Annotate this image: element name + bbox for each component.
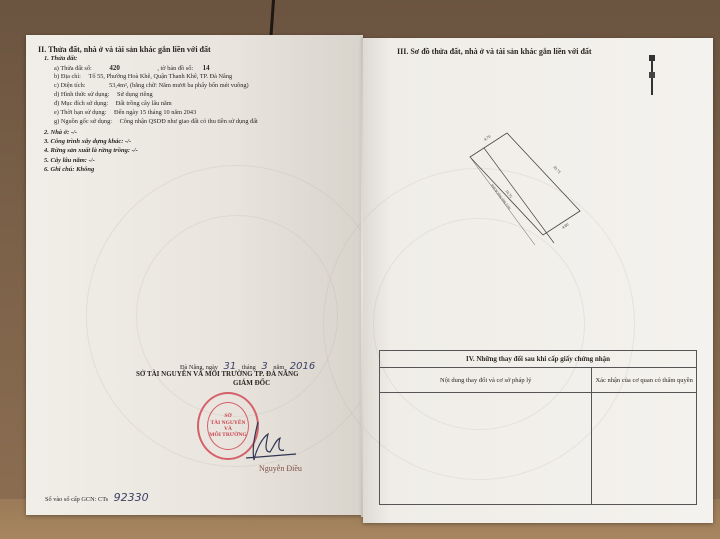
changes-table: IV. Những thay đổi sau khi cấp giấy chứn…: [379, 350, 697, 505]
section-ii-title: II. Thửa đất, nhà ở và tài sản khác gắn …: [38, 45, 211, 54]
land-plot-diagram: 4.70 10.75 4.80 10.75 Kiệt bê tông rộng …: [455, 115, 585, 245]
parcel-number: 420: [109, 64, 120, 72]
usage-form-label: d) Hình thức sử dụng:: [54, 91, 109, 98]
signature-mark: [240, 420, 300, 465]
parcel-row: a) Thửa đất số: 420 , tờ bản đồ số: 14: [54, 64, 210, 72]
changes-title: IV. Những thay đổi sau khi cấp giấy chứn…: [380, 351, 697, 368]
plot-boundary: [470, 133, 580, 235]
issuer-position: GIÁM ĐỐC: [233, 379, 270, 387]
area-label: c) Diện tích:: [54, 82, 85, 89]
registry-line: Số vào sổ cấp GCN: CTs 92330: [45, 491, 149, 504]
map-sheet-label: , tờ bản đồ số:: [157, 65, 193, 72]
registry-label: Số vào sổ cấp GCN: CTs: [45, 496, 108, 503]
issuer-name: SỞ TÀI NGUYÊN VÀ MÔI TRƯỜNG TP. ĐÀ NẴNG: [136, 370, 299, 378]
term-label: e) Thời hạn sử dụng:: [54, 109, 106, 116]
land-heading: 1. Thửa đất:: [44, 55, 77, 62]
registry-number: 92330: [114, 491, 149, 504]
other-construction-item: 3. Công trình xây dựng khác: -/-: [44, 138, 131, 145]
usage-form-value: Sử dụng riêng: [117, 91, 153, 98]
term-value: Đến ngày 15 tháng 10 năm 2043: [114, 109, 196, 116]
term-row: e) Thời hạn sử dụng: Đến ngày 15 tháng 1…: [54, 109, 196, 116]
certificate-left-page: [26, 35, 363, 515]
address-label: b) Địa chỉ:: [54, 73, 81, 80]
dim-right: 10.75: [552, 164, 562, 174]
road-edge: [484, 148, 554, 243]
purpose-value: Đất trồng cây lâu năm: [116, 100, 172, 107]
purpose-row: đ) Mục đích sử dụng: Đất trồng cây lâu n…: [54, 100, 172, 107]
production-forest-item: 4. Rừng sản xuất là rừng trồng: -/-: [44, 147, 138, 154]
north-arrow-icon: [651, 55, 653, 95]
changes-col-content: Nội dung thay đổi và cơ sở pháp lý: [380, 368, 592, 393]
notes-item: 6. Ghi chú: Không: [44, 166, 94, 173]
map-sheet-number: 14: [203, 64, 210, 72]
area-value: 53,4m², (bằng chữ: Năm mươi ba phẩy bốn …: [109, 82, 249, 89]
dim-left: 10.75: [504, 189, 513, 199]
dim-top: 4.70: [483, 134, 492, 142]
house-item: 2. Nhà ở: -/-: [44, 129, 77, 136]
usage-form-row: d) Hình thức sử dụng: Sử dụng riêng: [54, 91, 153, 98]
origin-row: g) Nguồn gốc sử dụng: Công nhận QSDĐ như…: [54, 118, 258, 125]
changes-content-cell: [380, 393, 592, 505]
parcel-label: a) Thửa đất số:: [54, 65, 92, 72]
address-value: Tổ 55, Phường Hoà Khê, Quận Thanh Khê, T…: [89, 73, 233, 80]
origin-label: g) Nguồn gốc sử dụng:: [54, 118, 112, 125]
section-iii-title: III. Sơ đồ thửa đất, nhà ở và tài sản kh…: [397, 47, 592, 56]
page-fold: [361, 37, 363, 517]
origin-value: Công nhận QSDĐ như giao đất có thu tiền …: [120, 118, 258, 125]
perennial-trees-item: 5. Cây lâu năm: -/-: [44, 157, 95, 164]
purpose-label: đ) Mục đích sử dụng:: [54, 100, 108, 107]
area-row: c) Diện tích: 53,4m², (bằng chữ: Năm mươ…: [54, 82, 249, 89]
signer-name: Nguyễn Điều: [259, 464, 302, 473]
address-row: b) Địa chỉ: Tổ 55, Phường Hoà Khê, Quận …: [54, 73, 232, 80]
changes-col-confirmation: Xác nhận của cơ quan có thẩm quyền: [592, 368, 697, 393]
changes-confirmation-cell: [592, 393, 697, 505]
